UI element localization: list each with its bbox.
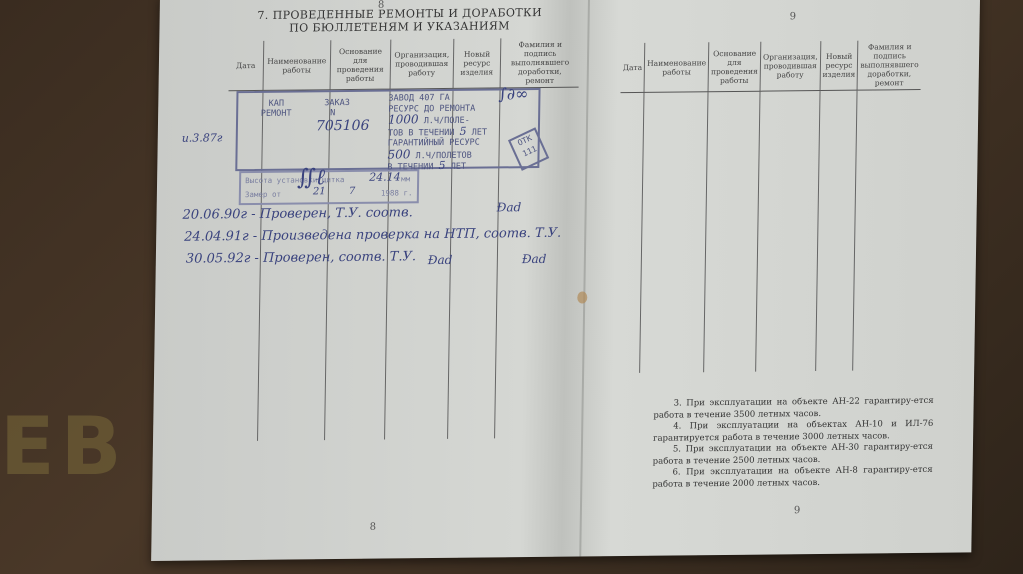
measure-year: 1988 г. — [381, 188, 413, 197]
entry-3-text: Проверен, соотв. Т.У. — [263, 249, 416, 266]
signature-stamp-top: ∫∂∞ — [498, 84, 528, 103]
page-number-bottom: 8 — [370, 522, 377, 533]
height-label: Высота установки щитка — [245, 175, 345, 185]
height-stamp: Высота установки щитка 24.14 мм Замер от… — [239, 169, 420, 205]
warranty-value: 500 — [387, 147, 410, 161]
measure-label: Замер от — [245, 190, 281, 199]
height-unit: мм — [401, 174, 410, 183]
stamp-during: ТОВ В ТЕЧЕНИИ — [388, 127, 455, 138]
signature-height-stamp: ∬ℓ — [297, 164, 325, 190]
repairs-table-right: Дата Наименование работы Основание для п… — [616, 40, 921, 373]
resource-value: 1000 — [388, 112, 419, 126]
entry-1-date: 20.06.90г — [182, 207, 247, 223]
right-page: 9 Дата Наименование работы Основание для… — [581, 0, 980, 556]
years-value-1: 5 — [459, 124, 466, 137]
col-header-work-name: Наименование работы — [644, 42, 709, 92]
stamp-resource-block: ЗАВОД 407 ГА РЕСУРС ДО РЕМОНТА 1000 Л.Ч/… — [387, 92, 498, 173]
stamp-order-label: ЗАКАЗ — [324, 98, 350, 108]
note-4: 4. При эксплуатации на объектах АН-10 и … — [653, 419, 933, 445]
col-header-organization: Организация, проводившая работу — [390, 39, 454, 89]
section-title: 7. ПРОВЕДЕННЫЕ РЕМОНТЫ И ДОРАБОТКИ ПО БЮ… — [249, 6, 549, 35]
col-header-signature: Фамилия и подпись выполнявшего доработки… — [857, 40, 921, 90]
stamp-order-n: N — [330, 108, 335, 118]
order-number: 705106 — [316, 118, 370, 135]
entry-3-signature-a: Ðad — [428, 253, 453, 267]
margin-handwritten-date: и.3.87г — [182, 131, 223, 144]
entry-3-signature-b: Ðad — [522, 252, 547, 266]
page-number-top: 9 — [790, 11, 797, 22]
note-3: 3. При эксплуатации на объекте АН-22 гар… — [653, 396, 933, 422]
entry-2-date: 24.04.91г — [184, 229, 249, 245]
open-booklet: 8 7. ПРОВЕДЕННЫЕ РЕМОНТЫ И ДОРАБОТКИ ПО … — [151, 0, 980, 561]
col-header-work-name: Наименование работы — [263, 40, 331, 90]
col-header-basis: Основание для проведения работы — [330, 40, 391, 90]
col-header-basis: Основание для проведения работы — [708, 42, 761, 92]
repair-stamp: КАП РЕМОНТ ЗАКАЗ N 705106 ЗАВОД 407 ГА Р… — [235, 88, 540, 171]
col-header-date: Дата — [229, 41, 264, 91]
entry-1-text: Проверен, Т.У. соотв. — [260, 205, 413, 222]
page-number-bottom: 9 — [794, 505, 801, 516]
stamp-years-2: ЛЕТ — [451, 162, 467, 172]
note-5: 5. При эксплуатации на объекте АН-30 гар… — [653, 442, 933, 468]
warranty-notes: 3. При эксплуатации на объекте АН-22 гар… — [652, 396, 934, 491]
title-line-2: ПО БЮЛЛЕТЕНЯМ И УКАЗАНИЯМ — [249, 19, 549, 35]
entry-3-date: 30.05.92г — [186, 251, 251, 267]
col-header-signature: Фамилия и подпись выполнявшего доработки… — [500, 38, 579, 88]
entry-1-signature: Ðad — [497, 200, 522, 214]
stamp-years: ЛЕТ — [472, 127, 488, 137]
entry-2-text: Произведена проверка на НТП, соотв. Т.У. — [261, 226, 561, 244]
col-header-new-resource: Новый ресурс изделия — [820, 41, 858, 91]
years-value-2: 5 — [438, 159, 445, 172]
background-wood-lettering: ЕВ — [0, 400, 170, 490]
measure-month: 7 — [349, 186, 356, 197]
height-value: 24.14 — [369, 170, 401, 183]
col-header-new-resource: Новый ресурс изделия — [453, 38, 501, 88]
note-6: 6. При эксплуатации на объекте АН-8 гара… — [652, 465, 932, 491]
stamp-cap-repair: КАП РЕМОНТ — [256, 99, 296, 119]
entry-1: 20.06.90г - Проверен, Т.У. соотв. — [182, 205, 412, 222]
left-page: 8 7. ПРОВЕДЕННЫЕ РЕМОНТЫ И ДОРАБОТКИ ПО … — [151, 0, 588, 561]
entry-3: 30.05.92г - Проверен, соотв. Т.У. — [186, 249, 416, 266]
col-header-date: Дата — [621, 43, 645, 93]
col-header-organization: Организация, проводившая работу — [760, 41, 821, 91]
table-body-row — [616, 90, 920, 374]
